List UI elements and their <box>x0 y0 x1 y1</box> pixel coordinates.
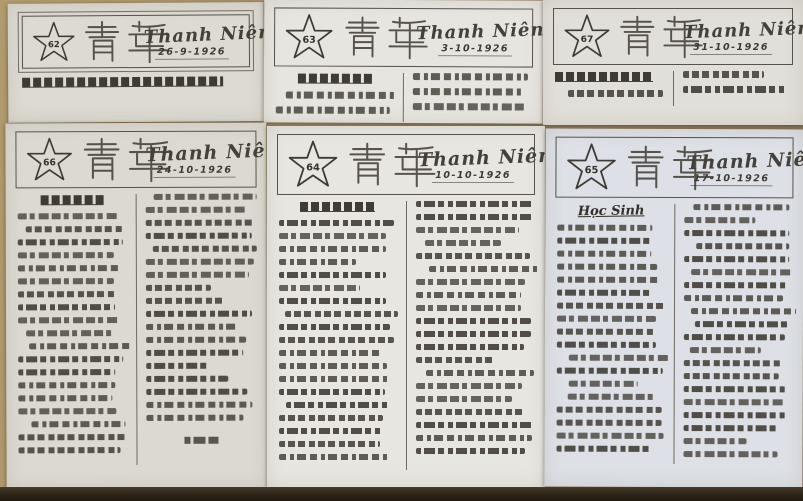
issue-number: 64 <box>306 162 320 173</box>
handwritten-line <box>557 290 652 296</box>
handwritten-line <box>279 350 381 356</box>
handwritten-lines <box>416 201 534 467</box>
handwritten-lines <box>146 194 256 434</box>
handwritten-line <box>568 90 663 97</box>
issue-number: 65 <box>585 165 599 176</box>
handwritten-line <box>569 355 669 361</box>
handwritten-line <box>557 433 664 439</box>
masthead-text: Thanh Niên 17-10-1926 <box>722 150 784 186</box>
masthead-script: Thanh Niên <box>686 148 803 174</box>
handwritten-line <box>146 298 223 304</box>
handwritten-line <box>683 86 787 93</box>
issue-date: 26-9-1926 <box>155 46 229 60</box>
handwritten-line <box>279 285 360 291</box>
handwritten-line <box>696 243 789 249</box>
masthead-text: Thanh Niên 26-9-1926 <box>175 24 241 59</box>
handwritten-line <box>416 409 523 415</box>
handwritten-line <box>429 266 539 272</box>
star-icon: 青年 62 <box>31 19 77 65</box>
handwritten-lines <box>556 225 664 463</box>
newspaper-page-66: 66 Thanh Niên 24-10-1926 <box>5 123 267 489</box>
handwritten-line <box>154 194 257 200</box>
handwritten-line <box>684 282 788 288</box>
left-column <box>279 201 397 470</box>
handwritten-line <box>557 225 652 231</box>
handwritten-line <box>276 106 390 113</box>
handwritten-line <box>18 434 125 440</box>
handwritten-line <box>18 239 123 245</box>
right-column <box>673 204 791 464</box>
handwritten-lines <box>276 91 394 122</box>
handwritten-line <box>683 425 779 431</box>
handwritten-line <box>279 363 387 369</box>
handwritten-line <box>279 272 386 278</box>
handwritten-line <box>557 342 656 348</box>
article-text: Học Sinh <box>544 204 803 465</box>
article-text <box>8 75 264 109</box>
handwritten-line <box>31 421 125 427</box>
handwritten-line <box>18 382 115 388</box>
handwritten-line <box>684 217 756 223</box>
masthead: 65 Thanh Niên 17-10-1926 <box>555 137 793 199</box>
handwritten-line <box>416 383 522 389</box>
handwritten-lines <box>555 90 664 106</box>
masthead-text: Thanh Niên 10-10-1926 <box>444 147 526 183</box>
masthead-text: Thanh Niên 24-10-1926 <box>178 142 247 178</box>
article-title-handwriting <box>41 195 104 205</box>
handwritten-line <box>691 308 796 314</box>
article-title-handwriting <box>22 76 223 87</box>
handwritten-line <box>18 278 114 284</box>
handwritten-line <box>18 356 123 362</box>
handwritten-line <box>416 344 524 350</box>
handwritten-line <box>279 259 356 265</box>
table-edge <box>0 487 803 501</box>
handwritten-line <box>279 298 386 304</box>
handwritten-line <box>146 415 243 421</box>
handwritten-line <box>416 292 522 298</box>
left-column <box>555 71 664 106</box>
handwritten-line <box>416 318 531 324</box>
handwritten-line <box>413 88 523 95</box>
handwritten-line <box>416 279 526 285</box>
handwritten-line <box>557 264 657 270</box>
handwritten-line <box>146 311 252 317</box>
masthead-script: Thanh Niên <box>416 19 543 44</box>
issue-number: 62 <box>48 39 60 49</box>
handwritten-line <box>279 454 389 460</box>
handwritten-line <box>416 305 522 311</box>
handwritten-lines <box>18 213 128 465</box>
right-column <box>136 194 256 465</box>
handwritten-line <box>416 422 533 428</box>
handwritten-line <box>684 230 790 236</box>
handwritten-line <box>18 252 114 258</box>
handwritten-line <box>18 213 118 219</box>
handwritten-line <box>146 350 243 356</box>
handwritten-line <box>683 438 746 444</box>
handwritten-line <box>416 201 533 207</box>
issue-number: 67 <box>581 34 594 45</box>
handwritten-line <box>683 386 786 392</box>
masthead-text: Thanh Niên 31-10-1926 <box>710 20 784 55</box>
masthead: 青年 62 Thanh Niên 26-9-1926 <box>22 14 250 69</box>
masthead-text: Thanh Niên 3-10-1926 <box>437 21 524 56</box>
masthead: 64 Thanh Niên 10-10-1926 <box>277 134 535 195</box>
handwritten-line <box>416 396 512 402</box>
handwritten-line <box>146 272 249 278</box>
handwritten-line <box>416 253 531 259</box>
article-title-handwriting <box>555 72 653 82</box>
handwritten-line <box>557 251 651 257</box>
handwritten-line <box>146 220 255 226</box>
handwritten-line <box>683 451 777 457</box>
issue-date: 31-10-1926 <box>690 42 772 55</box>
handwritten-line <box>279 441 380 447</box>
handwritten-lines <box>683 204 791 464</box>
issue-number: 63 <box>302 35 315 46</box>
handwritten-line <box>146 402 252 408</box>
left-column <box>276 72 394 122</box>
left-column: Học Sinh <box>556 204 664 464</box>
handwritten-line <box>694 204 790 210</box>
issue-number: 66 <box>43 157 56 168</box>
handwritten-line <box>146 376 228 382</box>
handwritten-line <box>279 324 390 330</box>
star-icon: 65 <box>564 141 618 195</box>
handwritten-line <box>689 347 760 353</box>
newspaper-page-63: 63 Thanh Niên 3-10-1926 <box>264 0 544 124</box>
issue-date: 24-10-1926 <box>154 165 236 178</box>
handwritten-line <box>18 317 120 323</box>
handwritten-line <box>557 238 652 244</box>
article-text <box>6 194 268 466</box>
handwritten-line <box>26 226 125 232</box>
handwritten-line <box>413 103 525 110</box>
handwritten-line <box>285 91 397 98</box>
handwritten-line <box>146 324 237 330</box>
handwritten-line <box>557 329 656 335</box>
article-title-handwriting <box>300 202 375 212</box>
handwritten-line <box>18 291 117 297</box>
handwritten-line <box>279 337 394 343</box>
handwritten-line <box>557 407 662 413</box>
issue-date: 10-10-1926 <box>432 170 514 183</box>
handwritten-line <box>416 435 533 441</box>
article-end-mark <box>184 437 218 444</box>
article-title-handwriting <box>298 74 371 84</box>
handwritten-lines <box>683 71 792 103</box>
handwritten-line <box>146 363 209 369</box>
newspaper-page-67: 67 Thanh Niên 31-10-1926 <box>543 0 803 125</box>
handwritten-line <box>146 207 247 213</box>
handwritten-line <box>18 408 116 414</box>
handwritten-line <box>683 399 785 405</box>
article-text <box>264 72 543 122</box>
handwritten-line <box>153 246 256 252</box>
issue-date: 17-10-1926 <box>691 173 773 186</box>
photograph-of-thanh-nien-newspapers: 青年 62 Thanh Niên 26-9-1926 63 <box>0 0 803 501</box>
issue-date: 3-10-1926 <box>438 43 512 56</box>
handwritten-line <box>146 337 246 343</box>
right-column <box>406 201 534 470</box>
handwritten-line <box>567 394 656 400</box>
handwritten-line <box>279 376 388 382</box>
handwritten-line <box>146 233 253 239</box>
handwritten-line <box>683 412 787 418</box>
left-column <box>18 194 128 465</box>
handwritten-line <box>279 246 386 252</box>
masthead: 67 Thanh Niên 31-10-1926 <box>553 8 793 65</box>
handwritten-line <box>146 285 211 291</box>
handwritten-line <box>556 446 652 452</box>
right-column <box>403 73 531 123</box>
newspaper-page-64: 64 Thanh Niên 10-10-1926 <box>267 126 545 487</box>
handwritten-line <box>18 304 115 310</box>
handwritten-line <box>416 214 533 220</box>
handwritten-lines <box>279 220 397 470</box>
handwritten-line <box>683 373 778 379</box>
handwritten-line <box>695 321 790 327</box>
handwritten-line <box>691 269 793 275</box>
masthead: 63 Thanh Niên 3-10-1926 <box>274 7 533 67</box>
handwritten-line <box>683 334 784 340</box>
star-icon: 63 <box>283 11 335 63</box>
handwritten-line <box>425 240 502 246</box>
handwritten-line <box>146 389 247 395</box>
handwritten-line <box>684 295 784 301</box>
handwritten-line <box>18 395 112 401</box>
handwritten-line <box>416 448 525 454</box>
handwritten-lines <box>413 73 531 120</box>
newspaper-page-65: 65 Thanh Niên 17-10-1926 Học Sinh <box>544 129 803 488</box>
handwritten-line <box>557 303 664 309</box>
newspaper-page-62: 青年 62 Thanh Niên 26-9-1926 <box>8 2 265 123</box>
handwritten-line <box>557 316 656 322</box>
handwritten-line <box>18 447 120 453</box>
handwritten-line <box>279 233 386 239</box>
handwritten-line <box>18 369 115 375</box>
handwritten-line <box>557 277 661 283</box>
handwritten-line <box>30 343 132 349</box>
handwritten-line <box>416 357 496 363</box>
handwritten-line <box>683 71 764 78</box>
masthead-script: Thanh Niên <box>682 17 803 42</box>
handwritten-line <box>569 381 638 387</box>
handwritten-line <box>286 402 389 408</box>
handwritten-line <box>557 420 662 426</box>
handwritten-line <box>683 360 781 366</box>
handwritten-line <box>684 256 790 262</box>
handwritten-line <box>146 259 254 265</box>
article-title: Học Sinh <box>557 203 665 219</box>
handwritten-line <box>413 73 528 80</box>
handwritten-line <box>279 220 394 226</box>
right-column <box>673 71 792 106</box>
handwritten-line <box>426 370 535 376</box>
star-icon: 67 <box>562 12 612 62</box>
star-icon: 64 <box>286 138 340 192</box>
masthead-script: Thanh Niên <box>145 139 268 166</box>
article-text <box>543 71 803 106</box>
handwritten-line <box>557 368 663 374</box>
masthead-script: Thanh Niên <box>417 145 545 172</box>
star-icon: 66 <box>24 135 74 185</box>
handwritten-line <box>416 331 532 337</box>
handwritten-line <box>285 311 398 317</box>
handwritten-line <box>26 330 112 336</box>
handwritten-line <box>279 428 382 434</box>
handwritten-line <box>416 227 520 233</box>
handwritten-line <box>279 415 383 421</box>
handwritten-line <box>18 265 120 271</box>
article-text <box>267 201 545 470</box>
handwritten-line <box>279 389 385 395</box>
masthead: 66 Thanh Niên 24-10-1926 <box>15 131 256 189</box>
